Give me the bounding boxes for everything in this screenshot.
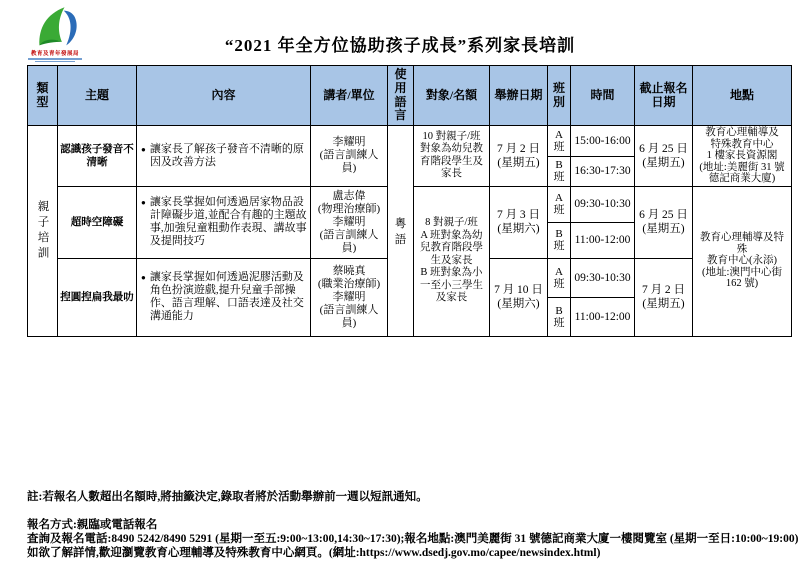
venue-cell: 教育心理輔導及 特殊教育中心 1 樓家長資源閣 (地址:美麗街 31 號德記商業… [693,126,792,187]
header-class: 班 別 [548,66,571,126]
deadline-cell: 6 月 25 日 (星期五) [635,186,693,258]
header-speaker: 講者/單位 [311,66,388,126]
topic-cell: 超時空障礙 [58,186,137,258]
training-schedule-table: 類 型 主題 內容 講者/單位 使用 語言 對象/名額 舉辦日期 班 別 時間 … [27,65,792,337]
bullet-icon: ● [141,196,146,209]
deadline-cell: 6 月 25 日 (星期五) [635,126,693,187]
note-contact-info: 查詢及報名電話:8490 5242/8490 5291 (星期一至五:9:00~… [27,532,798,546]
speaker-cell: 李耀明 (語言訓練人員) [311,126,388,187]
class-a-cell: A 班 [548,126,571,157]
table-header-row: 類 型 主題 內容 講者/單位 使用 語言 對象/名額 舉辦日期 班 別 時間 … [28,66,792,126]
time-a-cell: 09:30-10:30 [571,186,635,222]
note-lottery: 註:若報名人數超出名額時,將抽籤決定,錄取者將於活動舉辦前一週以短訊通知。 [27,490,798,504]
header-content: 內容 [137,66,311,126]
note-registration-method: 報名方式:親臨或電話報名 [27,518,798,532]
header-language: 使用 語言 [388,66,414,126]
bullet-icon: ● [141,143,146,156]
content-cell: ● 讓家長了解孩子發音不清晰的原因及改善方法 [137,126,311,187]
category-label: 親子培訓 [29,200,57,262]
class-b-cell: B 班 [548,297,571,336]
page-title: “2021 年全方位協助孩子成長”系列家長培訓 [0,31,800,56]
header-deadline: 截止報名 日期 [635,66,693,126]
header-audience: 對象/名額 [414,66,490,126]
content-text: 讓家長了解孩子發音不清晰的原因及改善方法 [150,143,307,169]
logo-subtext-line [35,61,75,62]
bullet-icon: ● [141,271,146,284]
date-cell: 7 月 2 日 (星期五) [490,126,548,187]
class-b-cell: B 班 [548,156,571,186]
time-b-cell: 11:00-12:00 [571,222,635,258]
audience-cell: 10 對親子/班 對象為幼兒教育階段學生及家長 [414,126,490,187]
header-type: 類 型 [28,66,58,126]
header-topic: 主題 [58,66,137,126]
time-b-cell: 11:00-12:00 [571,297,635,336]
header-time: 時間 [571,66,635,126]
speaker-cell: 盧志偉 (物理治療師) 李耀明 (語言訓練人員) [311,186,388,258]
date-cell: 7 月 10 日 (星期六) [490,258,548,336]
table-row: 親子培訓 認識孩子發音不清晰 ● 讓家長了解孩子發音不清晰的原因及改善方法 李耀… [28,126,792,157]
speaker-cell: 蔡曉真 (職業治療師) 李耀明 (語言訓練人員) [311,258,388,336]
document-page: 教育及青年發展局 “2021 年全方位協助孩子成長”系列家長培訓 類 型 主題 … [0,0,800,565]
note-website: 如欲了解詳情,歡迎瀏覽教育心理輔導及特殊教育中心網頁。(網址:https://w… [27,546,798,560]
footer-notes: 註:若報名人數超出名額時,將抽籤決定,錄取者將於活動舉辦前一週以短訊通知。 報名… [27,490,798,560]
content-text: 讓家長掌握如何透過泥膠活動及角色扮演遊戲,提升兒童手部操作、語言理解、口語表達及… [150,271,307,323]
topic-cell: 認識孩子發音不清晰 [58,126,137,187]
content-text: 讓家長掌握如何透過居家物品設計障礙步道,並配合有趣的主題故事,加強兒童粗動作表現… [150,196,307,248]
time-b-cell: 16:30-17:30 [571,156,635,186]
time-a-cell: 15:00-16:00 [571,126,635,157]
venue-cell: 教育心理輔導及特殊 教育中心(永添) (地址:澳門中心街 162 號) [693,186,792,336]
class-b-cell: B 班 [548,222,571,258]
deadline-cell: 7 月 2 日 (星期五) [635,258,693,336]
language-cell: 粵語 [388,126,414,337]
header-date: 舉辦日期 [490,66,548,126]
topic-cell: 揑圓揑扁我最叻 [58,258,137,336]
content-cell: ● 讓家長掌握如何透過居家物品設計障礙步道,並配合有趣的主題故事,加強兒童粗動作… [137,186,311,258]
time-a-cell: 09:30-10:30 [571,258,635,297]
logo-subtext-bars [27,58,83,62]
header-venue: 地點 [693,66,792,126]
logo-subtext-line [28,58,82,60]
content-cell: ● 讓家長掌握如何透過泥膠活動及角色扮演遊戲,提升兒童手部操作、語言理解、口語表… [137,258,311,336]
class-a-cell: A 班 [548,258,571,297]
date-cell: 7 月 3 日 (星期六) [490,186,548,258]
category-cell: 親子培訓 [28,126,58,337]
class-a-cell: A 班 [548,186,571,222]
audience-cell: 8 對親子/班 A 班對象為幼兒教育階段學生及家長 B 班對象為小一至小三學生及… [414,186,490,336]
